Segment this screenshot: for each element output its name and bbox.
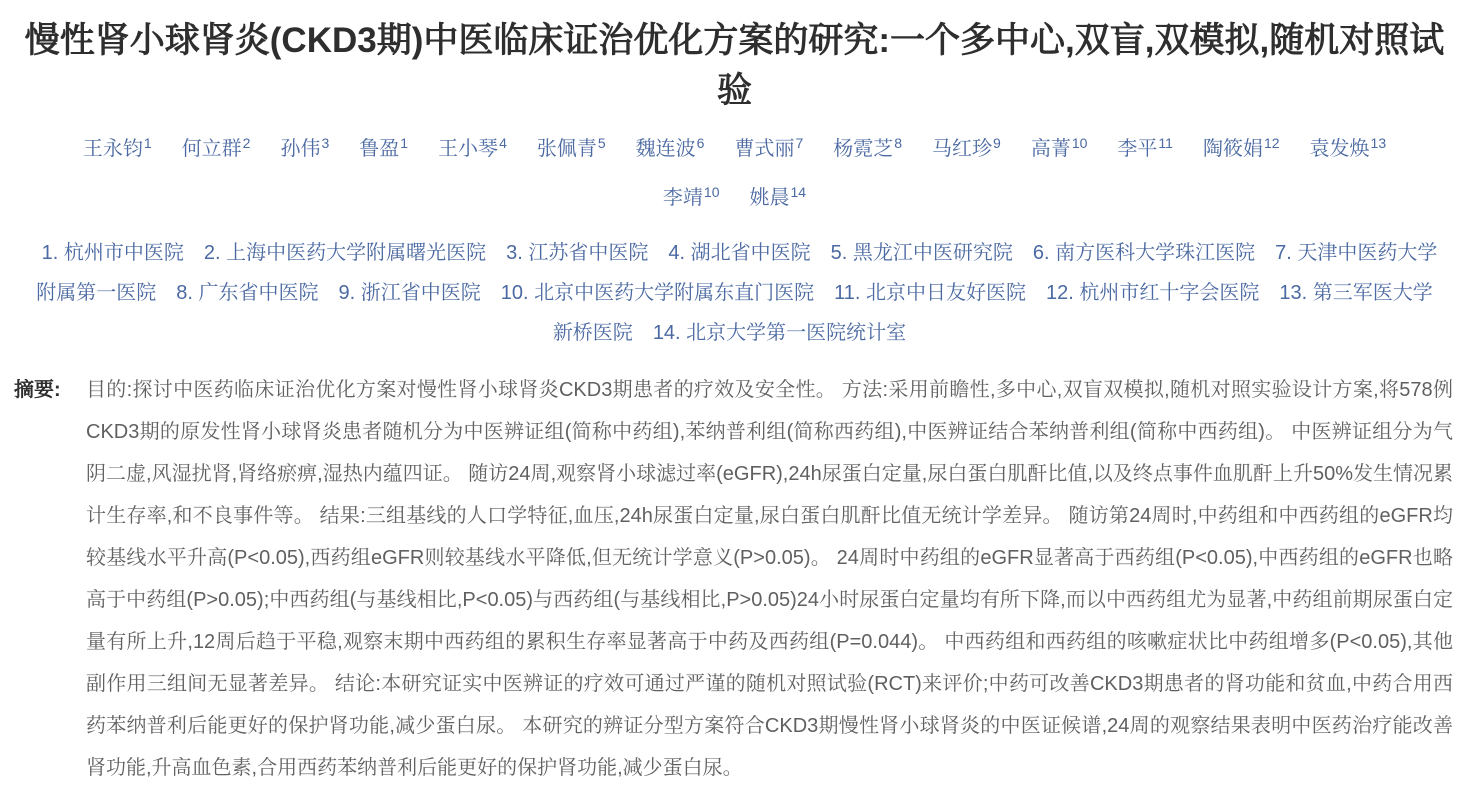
author-affiliation-superscript: 1 [400,135,408,151]
author-link[interactable]: 李平11 [1117,138,1173,160]
author-affiliation-superscript: 3 [321,135,329,151]
affiliation-item: 2. 上海中医药大学附属曙光医院 [204,242,486,264]
author-link[interactable]: 杨霓芝8 [833,138,902,160]
author-affiliation-superscript: 8 [894,135,902,151]
author-link[interactable]: 王永钧1 [83,138,152,160]
abstract-label: 摘要: [14,369,78,411]
author-link[interactable]: 鲁盈1 [359,138,408,160]
affiliation-item: 14. 北京大学第一医院统计室 [653,322,906,344]
abstract-text: 目的:探讨中医药临床证治优化方案对慢性肾小球肾炎CKD3期患者的疗效及安全性。 … [86,369,1453,789]
author-link[interactable]: 张佩青5 [537,138,606,160]
author-link[interactable]: 曹式丽7 [734,138,803,160]
author-affiliation-superscript: 12 [1264,135,1280,151]
author-affiliation-superscript: 9 [993,135,1001,151]
author-link[interactable]: 陶筱娟12 [1203,138,1280,160]
paper-page: 慢性肾小球肾炎(CKD3期)中医临床证治优化方案的研究:一个多中心,双盲,双模拟… [0,0,1469,789]
affiliation-item: 11. 北京中日友好医院 [834,282,1026,304]
page-title: 慢性肾小球肾炎(CKD3期)中医临床证治优化方案的研究:一个多中心,双盲,双模拟… [12,16,1457,115]
author-link[interactable]: 高菁10 [1031,138,1088,160]
author-list: 王永钧1何立群2孙伟3鲁盈1王小琴4张佩青5魏连波6曹式丽7杨霓芝8马红珍9高菁… [26,125,1443,223]
affiliation-item: 10. 北京中医药大学附属东直门医院 [501,282,814,304]
author-link[interactable]: 姚晨14 [750,187,807,209]
affiliation-item: 8. 广东省中医院 [176,282,318,304]
author-link[interactable]: 袁发焕13 [1310,138,1387,160]
author-link[interactable]: 马红珍9 [932,138,1001,160]
author-affiliation-superscript: 2 [243,135,251,151]
affiliation-item: 9. 浙江省中医院 [339,282,481,304]
author-link[interactable]: 何立群2 [182,138,251,160]
author-affiliation-superscript: 4 [499,135,507,151]
author-link[interactable]: 李靖10 [663,187,720,209]
author-link[interactable]: 魏连波6 [636,138,705,160]
affiliation-item: 3. 江苏省中医院 [506,242,648,264]
affiliation-item: 5. 黑龙江中医研究院 [831,242,1013,264]
author-link[interactable]: 王小琴4 [438,138,507,160]
author-affiliation-superscript: 1 [144,135,152,151]
author-affiliation-superscript: 10 [704,184,720,200]
author-affiliation-superscript: 10 [1072,135,1088,151]
author-affiliation-superscript: 13 [1371,135,1387,151]
author-affiliation-superscript: 11 [1158,135,1173,151]
author-affiliation-superscript: 7 [795,135,803,151]
affiliation-list: 1. 杭州市中医院2. 上海中医药大学附属曙光医院3. 江苏省中医院4. 湖北省… [30,233,1439,353]
affiliation-item: 6. 南方医科大学珠江医院 [1033,242,1255,264]
author-affiliation-superscript: 14 [791,184,807,200]
author-affiliation-superscript: 6 [697,135,705,151]
author-link[interactable]: 孙伟3 [280,138,329,160]
abstract-section: 摘要: 目的:探讨中医药临床证治优化方案对慢性肾小球肾炎CKD3期患者的疗效及安… [14,369,1453,789]
author-affiliation-superscript: 5 [598,135,606,151]
affiliation-item: 12. 杭州市红十字会医院 [1046,282,1259,304]
affiliation-item: 1. 杭州市中医院 [42,242,184,264]
affiliation-item: 4. 湖北省中医院 [668,242,810,264]
